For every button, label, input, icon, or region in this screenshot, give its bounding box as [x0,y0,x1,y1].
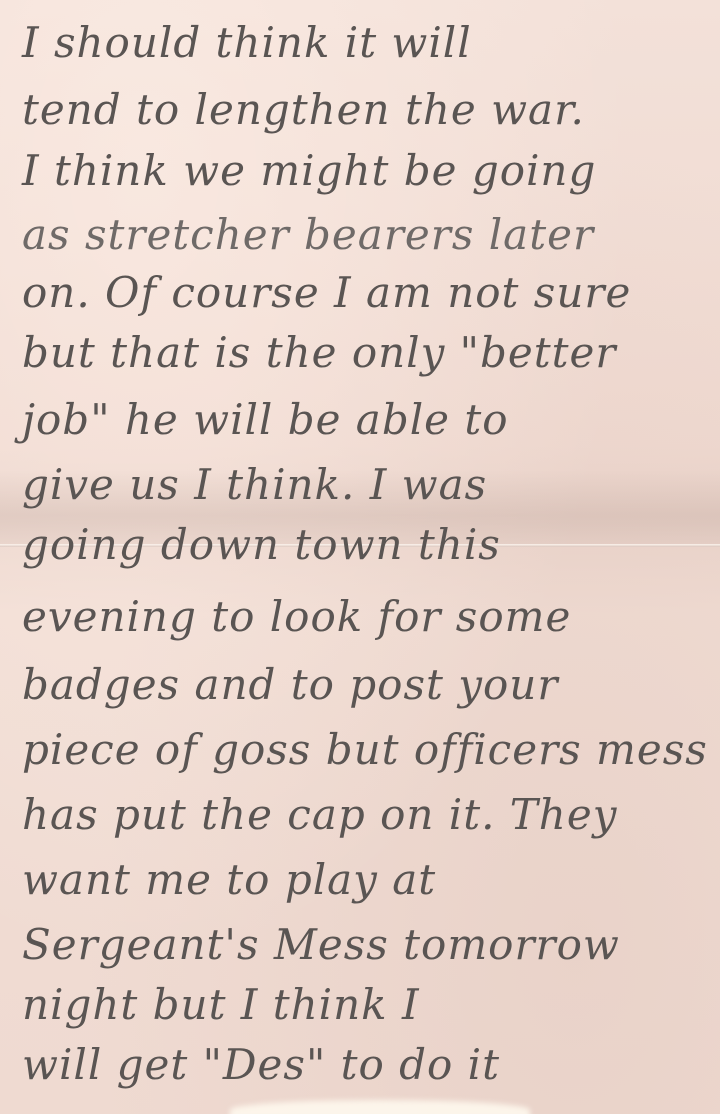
letter-line-4: as stretcher bearers later [22,210,594,260]
letter-line-17: will get "Des" to do it [22,1040,500,1090]
letter-line-7: job" he will be able to [22,395,509,445]
letter-paper: I should think it will tend to lengthen … [0,0,720,1114]
letter-line-8: give us I think. I was [22,460,487,510]
letter-line-3: I think we might be going [22,146,596,196]
letter-line-1: I should think it will [22,18,472,68]
letter-line-15: Sergeant's Mess tomorrow [22,920,620,970]
letter-line-13: has put the cap on it. They [22,790,617,840]
letter-line-2: tend to lengthen the war. [22,85,585,135]
letter-line-10: evening to look for some [22,592,571,642]
handwritten-text: I should think it will tend to lengthen … [0,0,720,1114]
letter-line-16: night but I think I [22,980,420,1030]
letter-line-6: but that is the only "better [22,328,616,378]
letter-line-11: badges and to post your [22,660,558,710]
letter-line-5: on. Of course I am not sure [22,268,631,318]
letter-line-14: want me to play at [22,855,436,905]
letter-line-9: going down town this [22,520,501,570]
letter-line-12: piece of goss but officers mess [22,725,708,775]
